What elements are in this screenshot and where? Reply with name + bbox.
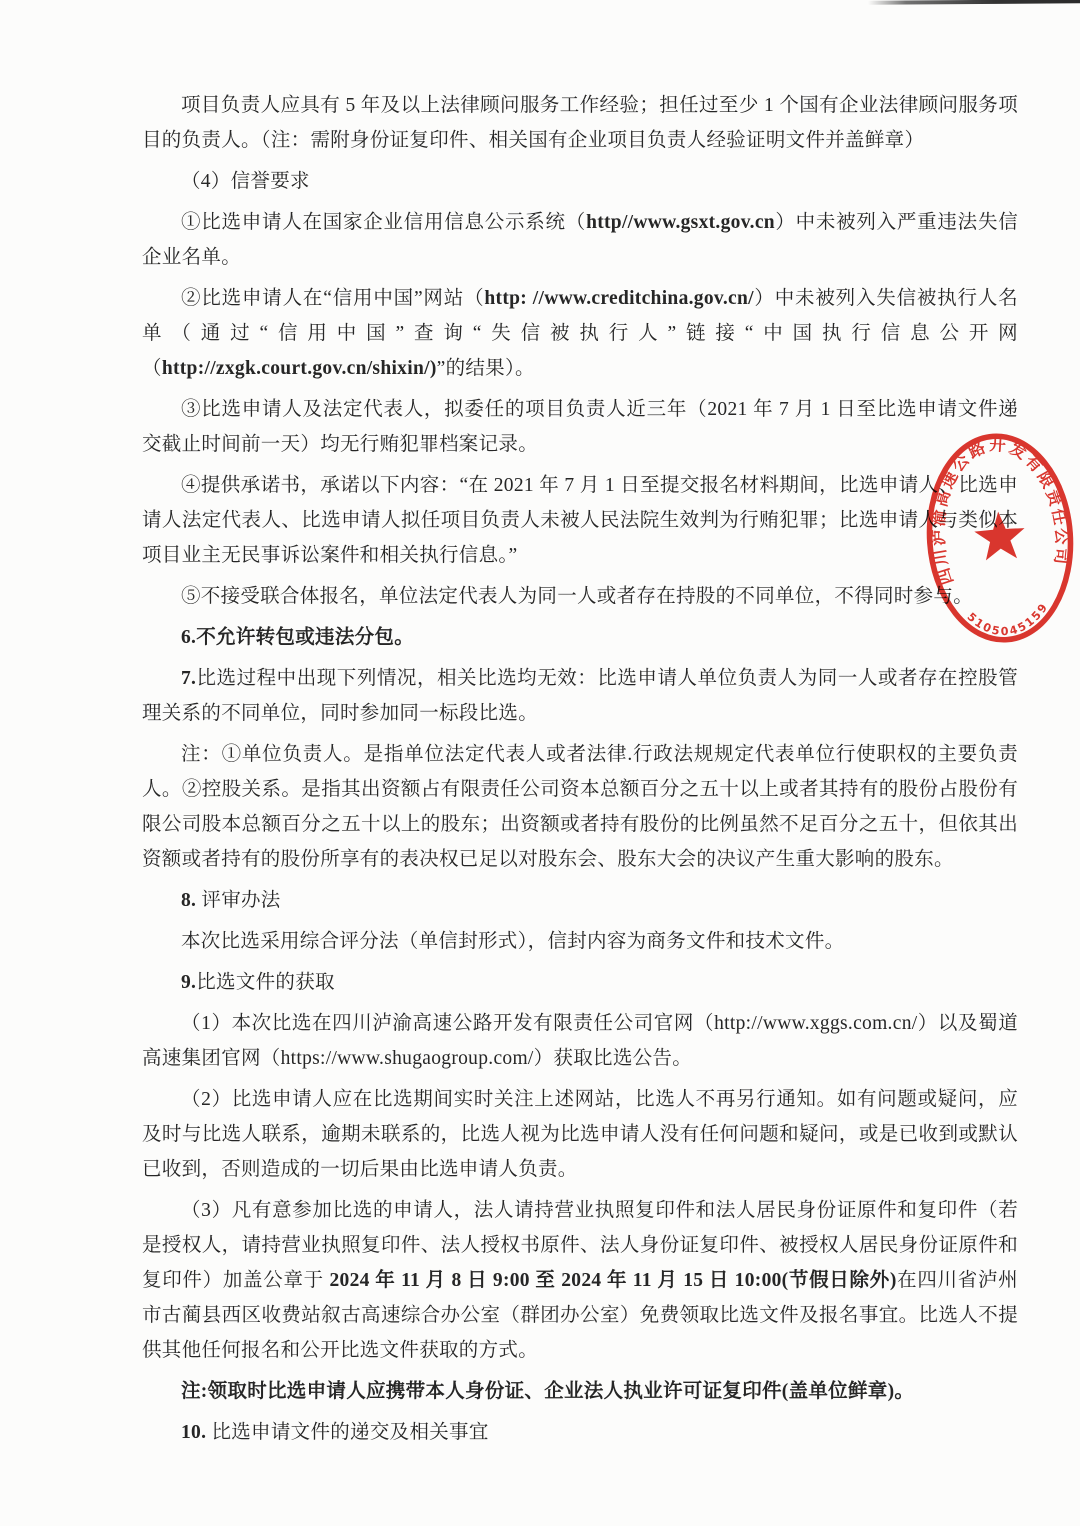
text-run: ④提供承诺书，承诺以下内容：“在 2021 年 7 月 1 日至提交报名材料期间… [142,475,1018,566]
text-run: 7. [181,668,196,689]
text-run: 6.不允许转包或违法分包。 [181,627,414,648]
text-run: 注：①单位负责人。是指单位法定代表人或者法律.行政法规规定代表单位行使职权的主要… [142,744,1018,870]
text-run: http//www.gsxt.gov.cn [586,212,775,233]
para-9-2-follow-website: （2）比选申请人应在比选期间实时关注上述网站，比选人不再另行通知。如有问题或疑问… [142,1082,1018,1187]
para-note-pickup: 注:领取时比选申请人应携带本人身份证、企业法人执业许可证复印件(盖单位鲜章)。 [142,1374,1018,1409]
text-run: 本次比选采用综合评分法（单信封形式），信封内容为商务文件和技术文件。 [181,931,844,952]
text-run: 9. [181,972,196,993]
heading-8-evaluation: 8. 评审办法 [142,883,1018,918]
heading-9-obtain-documents: 9.比选文件的获取 [142,965,1018,1000]
text-run: （4）信誉要求 [181,171,310,192]
text-run: 2024 年 11 月 8 日 9:00 至 2024 年 11 月 15 日 … [329,1270,896,1291]
para-reputation-4: ④提供承诺书，承诺以下内容：“在 2021 年 7 月 1 日至提交报名材料期间… [142,468,1018,573]
para-reputation-3: ③比选申请人及法定代表人，拟委任的项目负责人近三年（2021 年 7 月 1 日… [142,392,1018,462]
scanned-document-page: { "page": { "background": "#fcfcfb", "te… [0,0,1080,1526]
text-run: （1）本次比选在四川泸渝高速公路开发有限责任公司官网（http://www.xg… [142,1013,1018,1069]
text-run: 10. [181,1422,211,1443]
text-run: ⑤不接受联合体报名，单位法定代表人为同一人或者存在持股的不同单位，不得同时参与。 [181,586,973,607]
para-project-leader-experience: 项目负责人应具有 5 年及以上法律顾问服务工作经验；担任过至少 1 个国有企业法… [142,88,1018,158]
text-run: （2）比选申请人应在比选期间实时关注上述网站，比选人不再另行通知。如有问题或疑问… [142,1089,1018,1180]
para-7-invalid-cases: 7.比选过程中出现下列情况，相关比选均无效：比选申请人单位负责人为同一人或者存在… [142,661,1018,731]
text-run: 比选过程中出现下列情况，相关比选均无效：比选申请人单位负责人为同一人或者存在控股… [142,668,1018,724]
para-reputation-5: ⑤不接受联合体报名，单位法定代表人为同一人或者存在持股的不同单位，不得同时参与。 [142,579,1018,614]
text-run: 比选文件的获取 [196,972,335,993]
para-reputation-1: ①比选申请人在国家企业信用信息公示系统（http//www.gsxt.gov.c… [142,205,1018,275]
document-body: 项目负责人应具有 5 年及以上法律顾问服务工作经验；担任过至少 1 个国有企业法… [142,88,1018,1456]
text-run: 8. [181,890,201,911]
scan-edge-artifact [868,0,1080,5]
text-run: http: //www.creditchina.gov.cn/ [484,288,753,309]
text-run: 比选申请文件的递交及相关事宜 [211,1422,488,1443]
para-9-1-websites: （1）本次比选在四川泸渝高速公路开发有限责任公司官网（http://www.xg… [142,1006,1018,1076]
para-9-3-registration: （3）凡有意参加比选的申请人，法人请持营业执照复印件和法人居民身份证原件和复印件… [142,1193,1018,1368]
text-run: 项目负责人应具有 5 年及以上法律顾问服务工作经验；担任过至少 1 个国有企业法… [142,95,1018,151]
text-run: http://zxgk.court.gov.cn/shixin/) [162,358,437,379]
text-run: 注:领取时比选申请人应携带本人身份证、企业法人执业许可证复印件(盖单位鲜章)。 [181,1381,914,1402]
text-run: ①比选申请人在国家企业信用信息公示系统（ [181,212,586,233]
text-run: ②比选申请人在“信用中国”网站（ [181,288,484,309]
text-run: ”的结果）。 [437,358,535,379]
heading-10-submission: 10. 比选申请文件的递交及相关事宜 [142,1415,1018,1450]
text-run: ③比选申请人及法定代表人，拟委任的项目负责人近三年（2021 年 7 月 1 日… [142,399,1018,455]
heading-4-reputation: （4）信誉要求 [142,164,1018,199]
para-note-definitions: 注：①单位负责人。是指单位法定代表人或者法律.行政法规规定代表单位行使职权的主要… [142,737,1018,877]
para-8-method: 本次比选采用综合评分法（单信封形式），信封内容为商务文件和技术文件。 [142,924,1018,959]
heading-6-no-subcontract: 6.不允许转包或违法分包。 [142,620,1018,655]
text-run: 评审办法 [201,890,280,911]
para-reputation-2: ②比选申请人在“信用中国”网站（http: //www.creditchina.… [142,281,1018,386]
